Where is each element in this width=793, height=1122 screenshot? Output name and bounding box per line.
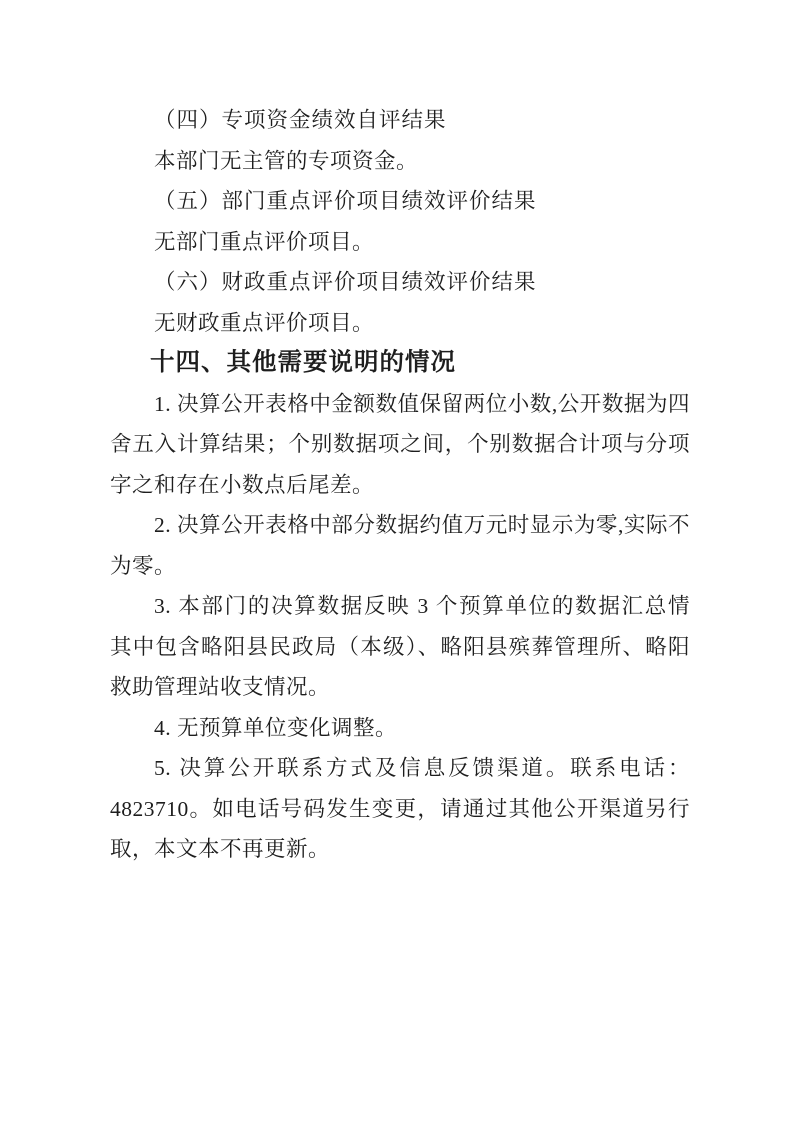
paragraph-line: 4. 无预算单位变化调整。 bbox=[110, 708, 690, 749]
paragraph-line: 本部门无主管的专项资金。 bbox=[110, 141, 690, 182]
paragraph-line: 无部门重点评价项目。 bbox=[110, 222, 690, 263]
paragraph-line: 字之和存在小数点后尾差。 bbox=[110, 465, 690, 506]
paragraph-line: 无财政重点评价项目。 bbox=[110, 303, 690, 344]
document-page: （四）专项资金绩效自评结果 本部门无主管的专项资金。 （五）部门重点评价项目绩效… bbox=[0, 0, 793, 1122]
subsection-heading: （四）专项资金绩效自评结果 bbox=[110, 100, 690, 141]
paragraph-line: 救助管理站收支情况。 bbox=[110, 667, 690, 708]
subsection-heading: （六）财政重点评价项目绩效评价结果 bbox=[110, 262, 690, 303]
section-heading: 十四、其他需要说明的情况 bbox=[110, 343, 690, 384]
paragraph-line: 为零。 bbox=[110, 546, 690, 587]
paragraph-line: 2. 决算公开表格中部分数据约值万元时显示为零,实际不 bbox=[110, 505, 690, 546]
paragraph-line: 5. 决算公开联系方式及信息反馈渠道。联系电话：（0916） bbox=[110, 748, 690, 789]
paragraph-line: 3. 本部门的决算数据反映 3 个预算单位的数据汇总情况， bbox=[110, 586, 690, 627]
document-body: （四）专项资金绩效自评结果 本部门无主管的专项资金。 （五）部门重点评价项目绩效… bbox=[110, 100, 690, 870]
paragraph-line: 取，本文本不再更新。 bbox=[110, 829, 690, 870]
paragraph-line: 4823710。如电话号码发生变更，请通过其他公开渠道另行获 bbox=[110, 789, 690, 830]
paragraph-line: 1. 决算公开表格中金额数值保留两位小数,公开数据为四 bbox=[110, 384, 690, 425]
paragraph-line: 其中包含略阳县民政局（本级）、略阳县殡葬管理所、略阳县 bbox=[110, 627, 690, 668]
paragraph-line: 舍五入计算结果；个别数据项之间，个别数据合计项与分项数 bbox=[110, 424, 690, 465]
subsection-heading: （五）部门重点评价项目绩效评价结果 bbox=[110, 181, 690, 222]
